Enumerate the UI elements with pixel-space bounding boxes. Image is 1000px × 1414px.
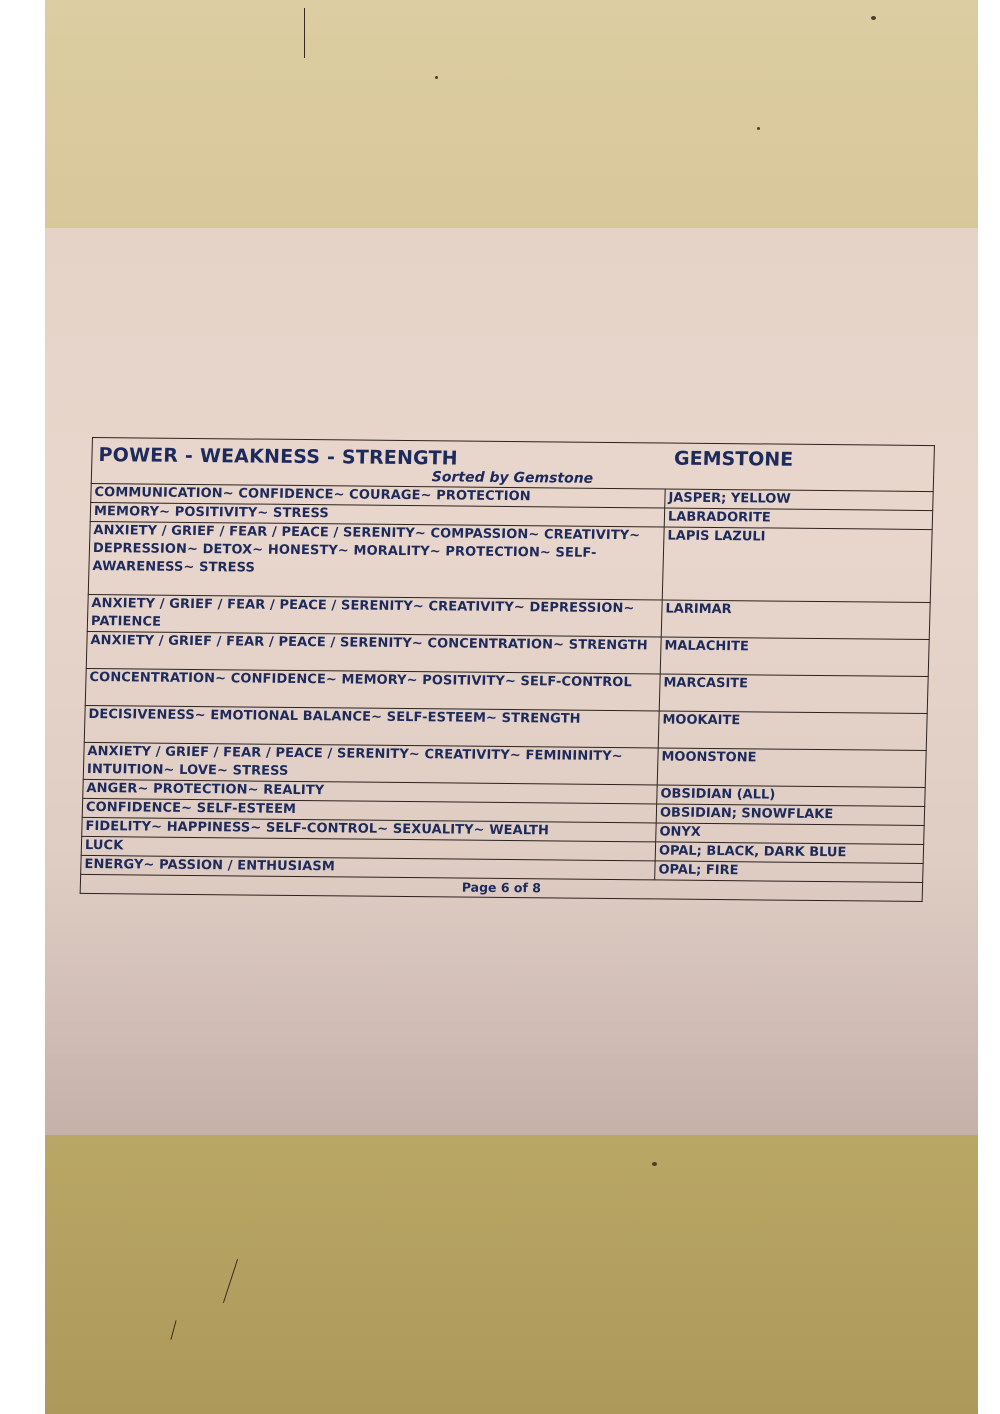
row-gemstone: OBSIDIAN; SNOWFLAKE xyxy=(656,804,925,826)
row-attributes: ANXIETY / GRIEF / FEAR / PEACE / SERENIT… xyxy=(88,521,664,599)
wall-speck xyxy=(871,16,876,20)
gemstone-table-container: POWER - WEAKNESS - STRENGTH GEMSTONE Sor… xyxy=(80,437,935,902)
wall-speck xyxy=(757,127,760,130)
gemstone-table: POWER - WEAKNESS - STRENGTH GEMSTONE Sor… xyxy=(80,437,935,902)
row-gemstone: LAPIS LAZULI xyxy=(662,527,932,603)
wall-scratch xyxy=(304,8,305,58)
row-gemstone: LABRADORITE xyxy=(664,508,933,530)
wall-background-top xyxy=(45,0,978,232)
row-gemstone: OBSIDIAN (ALL) xyxy=(657,785,926,807)
row-gemstone: OPAL; FIRE xyxy=(655,861,924,883)
row-gemstone: ONYX xyxy=(656,823,925,845)
row-gemstone: LARIMAR xyxy=(661,600,930,640)
row-attributes: ANXIETY / GRIEF / FEAR / PEACE / SERENIT… xyxy=(87,594,662,637)
wall-background-bottom xyxy=(45,1135,978,1414)
row-gemstone: JASPER; YELLOW xyxy=(665,489,934,511)
row-gemstone: MALACHITE xyxy=(660,637,929,677)
column-header-gemstone: GEMSTONE xyxy=(666,443,935,474)
row-attributes: ANXIETY / GRIEF / FEAR / PEACE / SERENIT… xyxy=(83,742,658,785)
row-gemstone: MOONSTONE xyxy=(657,748,926,788)
wall-speck xyxy=(652,1162,657,1166)
table-row: ANXIETY / GRIEF / FEAR / PEACE / SERENIT… xyxy=(88,521,932,602)
table-title: POWER - WEAKNESS - STRENGTH xyxy=(92,438,667,472)
wall-speck xyxy=(435,76,438,79)
row-attributes: CONCENTRATION~ CONFIDENCE~ MEMORY~ POSIT… xyxy=(85,668,660,711)
row-gemstone: MARCASITE xyxy=(659,674,928,714)
row-gemstone: OPAL; BLACK, DARK BLUE xyxy=(655,842,924,864)
row-gemstone: MOOKAITE xyxy=(658,711,927,751)
row-attributes: DECISIVENESS~ EMOTIONAL BALANCE~ SELF-ES… xyxy=(84,705,659,748)
row-attributes: ANXIETY / GRIEF / FEAR / PEACE / SERENIT… xyxy=(86,631,661,674)
